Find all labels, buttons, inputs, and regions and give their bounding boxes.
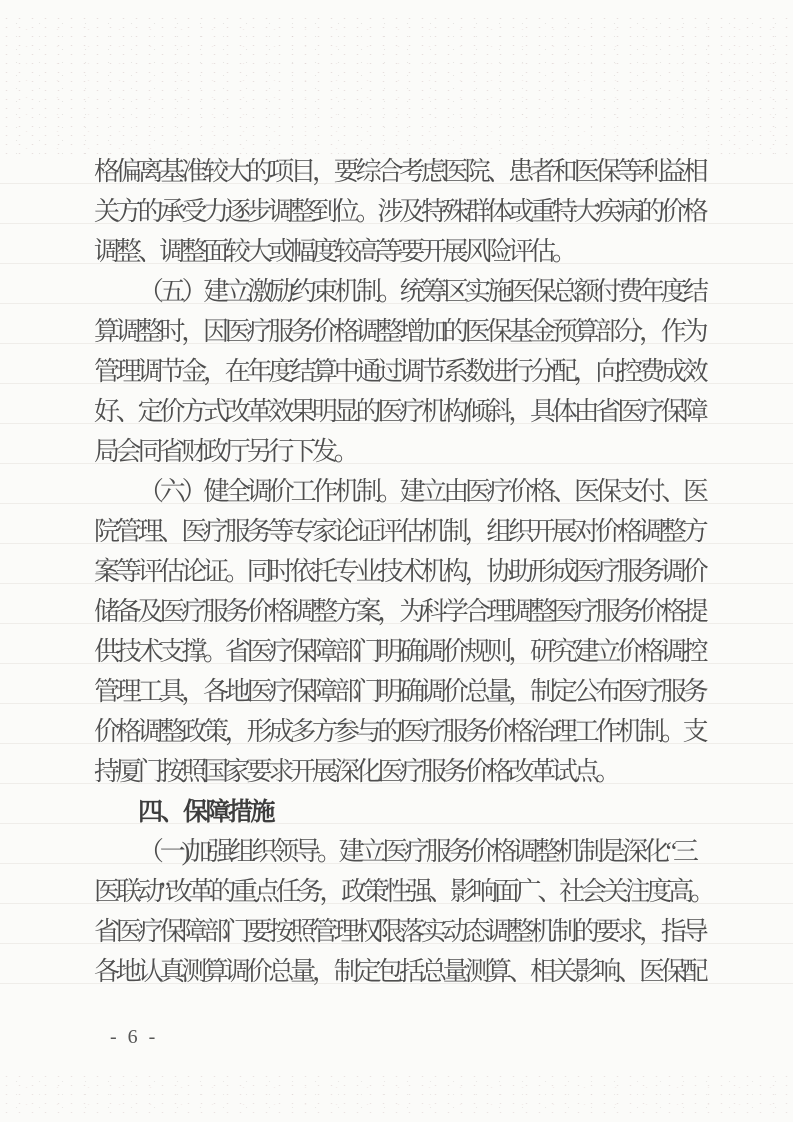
text-line-16: 持厦门按照国家要求开展深化医疗服务价格改革试点。: [94, 752, 716, 792]
text-line-5: 算调整时，因医疗服务价格调整增加的医保基金预算部分，作为: [94, 312, 716, 352]
text-line-3: 调整、调整面较大或幅度较高等要开展风险评估。: [94, 232, 716, 272]
text-line-7: 好、定价方式改革效果明显的医疗机构倾斜，具体由省医疗保障: [94, 392, 716, 432]
text-line-21: 各地认真测算调价总量，制定包括总量测算、相关影响、医保配: [94, 952, 716, 992]
text-line-11: 案等评估论证。同时依托专业技术机构，协助形成医疗服务调价: [94, 552, 716, 592]
text-line-20: 省医疗保障部门要按照管理权限落实动态调整机制的要求，指导: [94, 912, 716, 952]
text-line-10: 院管理、医疗服务等专家论证评估机制，组织开展对价格调整方: [94, 512, 716, 552]
text-line-15: 价格调整政策，形成多方参与的医疗服务价格治理工作机制。支: [94, 712, 716, 752]
text-line-8: 局会同省财政厅另行下发。: [94, 432, 716, 472]
document-page: 格偏离基准较大的项目，要综合考虑医院、患者和医保等利益相关方的承受力逐步调整到位…: [0, 0, 793, 1122]
text-line-1: 格偏离基准较大的项目，要综合考虑医院、患者和医保等利益相: [94, 152, 716, 192]
scan-noise-top: [0, 14, 793, 159]
text-line-14: 管理工具，各地医疗保障部门明确调价总量，制定公布医疗服务: [94, 672, 716, 712]
document-body: 格偏离基准较大的项目，要综合考虑医院、患者和医保等利益相关方的承受力逐步调整到位…: [94, 152, 716, 992]
scan-noise-bottom: [0, 1072, 793, 1114]
section-heading: 四、保障措施: [94, 792, 716, 832]
text-line-6: 管理调节金，在年度结算中通过调节系数进行分配，向控费成效: [94, 352, 716, 392]
text-line-12: 储备及医疗服务价格调整方案，为科学合理调整医疗服务价格提: [94, 592, 716, 632]
page-number: - 6 -: [110, 1026, 158, 1049]
text-line-4: （五）建立激励约束机制。统筹区实施医保总额付费年度结: [94, 272, 716, 312]
text-line-19: 医联动”改革的重点任务，政策性强、影响面广、社会关注度高。: [94, 872, 716, 912]
text-line-2: 关方的承受力逐步调整到位。涉及特殊群体或重特大疾病的价格: [94, 192, 716, 232]
text-line-18: （一)加强组织领导。建立医疗服务价格调整机制是深化“三: [94, 832, 716, 872]
text-line-13: 供技术支撑。省医疗保障部门明确调价规则，研究建立价格调控: [94, 632, 716, 672]
text-line-9: （六）健全调价工作机制。建立由医疗价格、医保支付、医: [94, 472, 716, 512]
